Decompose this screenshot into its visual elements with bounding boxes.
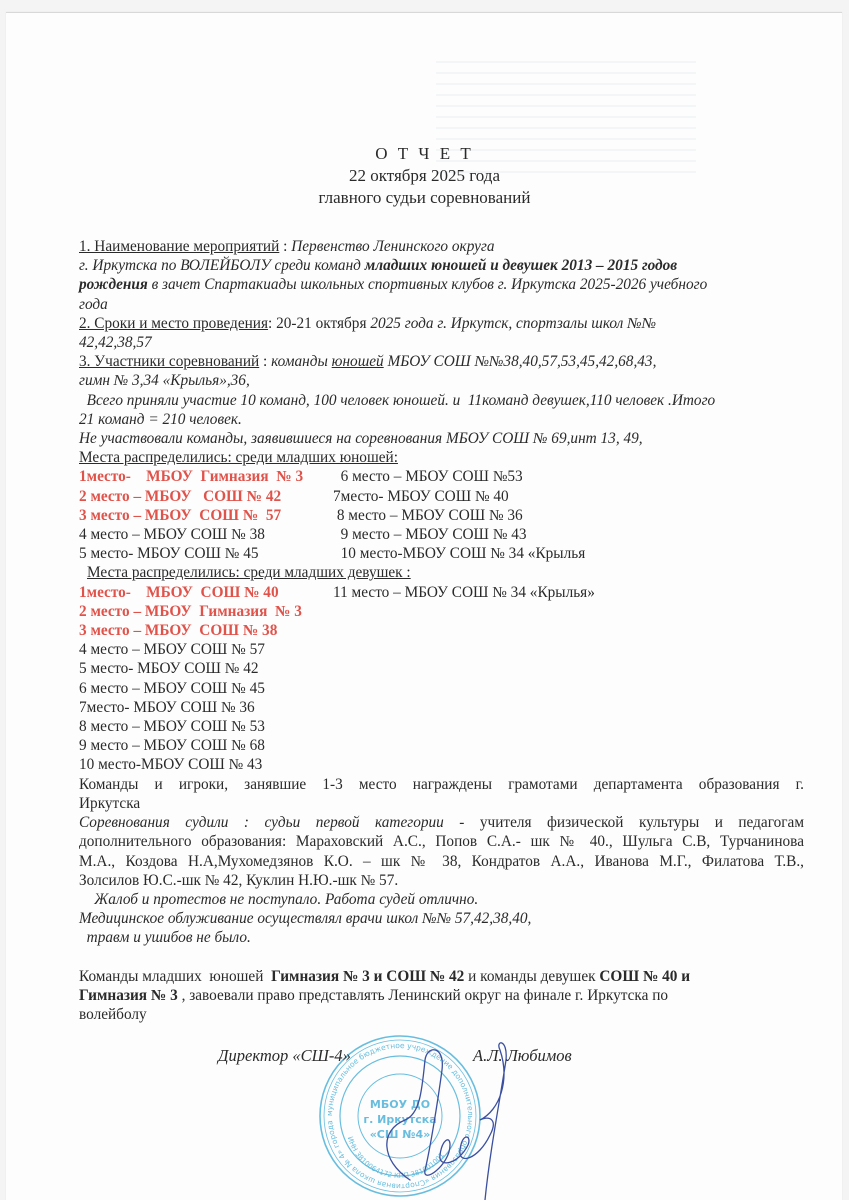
girls-result-row: 6 место – МБОУ СОШ № 45: [79, 679, 804, 698]
section-3-line-2: гимн № 3,34 «Крылья»,36,: [79, 371, 804, 390]
boys-result-row: 1место- МБОУ Гимназия № 3 6 место – МБОУ…: [79, 467, 804, 486]
girls-results-table: 1место- МБОУ СОШ № 4011 место – МБОУ СОШ…: [79, 583, 804, 775]
girls-results-heading: Места распределились: среди младших деву…: [87, 564, 411, 581]
girls-results-heading-line: Места распределились: среди младших деву…: [79, 563, 804, 582]
event-venue: 2025 года г. Иркутск, спортзалы школ №№: [370, 315, 656, 332]
event-category: младших юношей и девушек 2013 – 2015 год…: [365, 257, 677, 274]
boys-place-right: 9 место – МБОУ СОШ № 43: [333, 525, 527, 544]
section-1-line-3: рождения в зачет Спартакиады школьных сп…: [79, 275, 804, 294]
girls-result-row: 5 место- МБОУ СОШ № 42: [79, 659, 804, 678]
boys-results-table: 1место- МБОУ Гимназия № 3 6 место – МБОУ…: [79, 467, 804, 563]
absent-teams: Не участвовали команды, заявившиеся на с…: [79, 429, 804, 448]
girls-result-row: 3 место – МБОУ СОШ № 38: [79, 621, 804, 640]
participants-total: Всего приняли участие 10 команд, 100 чел…: [79, 391, 804, 410]
report-date: 22 октября 2025 года: [0, 165, 849, 187]
boys-place-right: 7место- МБОУ СОШ № 40: [333, 487, 509, 506]
girls-place: 3 место – МБОУ СОШ № 38: [79, 621, 333, 640]
report-title: О Т Ч Е Т: [0, 143, 849, 165]
boys-result-row: 5 место- МБОУ СОШ № 45 10 место-МБОУ СОШ…: [79, 544, 804, 563]
girls-place-11: 11 место – МБОУ СОШ № 34 «Крылья»: [333, 583, 595, 602]
medical-note: Медицинское облуживание осуществлял врач…: [79, 909, 804, 928]
event-name: Первенство Ленинского округа: [291, 238, 494, 255]
signature-block: Директор «СШ-4» А.Л. Любимов: [218, 1046, 351, 1066]
judges-line-2: дополнительного образования: Мараховский…: [79, 832, 804, 851]
awards-line-1: Команды и игроки, занявшие 1-3 место наг…: [79, 775, 804, 794]
boys-results-heading: Места распределились: среди младших юнош…: [79, 448, 804, 467]
girls-result-row: 10 место-МБОУ СОШ № 43: [79, 755, 804, 774]
section-1-line-4: года: [79, 295, 804, 314]
section-2-label: 2. Сроки и место проведения: [79, 315, 268, 332]
girls-place: 9 место – МБОУ СОШ № 68: [79, 736, 333, 755]
girls-result-row: 8 место – МБОУ СОШ № 53: [79, 717, 804, 736]
section-3-line-1: 3. Участники соревнований : команды юнош…: [79, 352, 804, 371]
girls-result-row: 1место- МБОУ СОШ № 4011 место – МБОУ СОШ…: [79, 583, 804, 602]
section-1-line-1: 1. Наименование мероприятий : Первенство…: [79, 237, 804, 256]
complaints-note: Жалоб и протестов не поступало. Работа с…: [79, 890, 804, 909]
section-2-line-2: 42,42,38,57: [79, 333, 804, 352]
girls-place: 7место- МБОУ СОШ № 36: [79, 698, 333, 717]
boys-place-right: 6 место – МБОУ СОШ №53: [333, 467, 523, 486]
handwritten-signature: [350, 1040, 520, 1200]
boys-place-left: 2 место – МБОУ СОШ № 42: [79, 487, 333, 506]
girls-place: 1место- МБОУ СОШ № 40: [79, 583, 333, 602]
boys-place-left: 5 место- МБОУ СОШ № 45: [79, 544, 333, 563]
section-3-label: 3. Участники соревнований: [79, 353, 259, 370]
report-body: 1. Наименование мероприятий : Первенство…: [79, 237, 804, 1024]
conclusion-line-2: Гимназия № 3 , завоевали право представл…: [79, 986, 804, 1005]
judges-line-4: Золсилов Ю.С.-шк № 42, Куклин Н.Ю.-шк № …: [79, 871, 804, 890]
participants-sum: 21 команд = 210 человек.: [79, 410, 804, 429]
girls-place: 2 место – МБОУ Гимназия № 3: [79, 602, 333, 621]
girls-place: 10 место-МБОУ СОШ № 43: [79, 755, 333, 774]
report-subtitle: главного судьи соревнований: [0, 187, 849, 209]
girls-result-row: 9 место – МБОУ СОШ № 68: [79, 736, 804, 755]
judges-line-3: М.А., Коздова Н.А,Мухомедзянов К.О. – шк…: [79, 852, 804, 871]
section-1-line-2: г. Иркутска по ВОЛЕЙБОЛУ среди команд мл…: [79, 256, 804, 275]
boys-place-right: 8 место – МБОУ СОШ № 36: [333, 506, 523, 525]
girls-place: 8 место – МБОУ СОШ № 53: [79, 717, 333, 736]
awards-line-2: Иркутска: [79, 794, 804, 813]
boys-place-right: 10 место-МБОУ СОШ № 34 «Крылья: [333, 544, 585, 563]
injuries-note: травм и ушибов не было.: [79, 928, 804, 947]
conclusion-line-3: волейболу: [79, 1005, 804, 1024]
boys-place-left: 1место- МБОУ Гимназия № 3: [79, 467, 333, 486]
girls-result-row: 7место- МБОУ СОШ № 36: [79, 698, 804, 717]
girls-place: 5 место- МБОУ СОШ № 42: [79, 659, 333, 678]
report-header: О Т Ч Е Т 22 октября 2025 года главного …: [0, 143, 849, 209]
girls-place: 6 место – МБОУ СОШ № 45: [79, 679, 333, 698]
girls-result-row: 2 место – МБОУ Гимназия № 3: [79, 602, 804, 621]
girls-result-row: 4 место – МБОУ СОШ № 57: [79, 640, 804, 659]
boys-result-row: 3 место – МБОУ СОШ № 57 8 место – МБОУ С…: [79, 506, 804, 525]
section-2-line-1: 2. Сроки и место проведения: 20-21 октяб…: [79, 314, 804, 333]
section-1-label: 1. Наименование мероприятий: [79, 238, 279, 255]
event-dates: 20-21 октября: [276, 315, 370, 332]
judges-line-1: Соревнования судили : судьи первой катег…: [79, 813, 804, 832]
boys-result-row: 2 место – МБОУ СОШ № 427место- МБОУ СОШ …: [79, 487, 804, 506]
boys-place-left: 3 место – МБОУ СОШ № 57: [79, 506, 333, 525]
girls-place: 4 место – МБОУ СОШ № 57: [79, 640, 333, 659]
boys-place-left: 4 место – МБОУ СОШ № 38: [79, 525, 333, 544]
conclusion-line-1: Команды младших юношей Гимназия № 3 и СО…: [79, 967, 804, 986]
director-title: Директор «СШ-4»: [218, 1046, 351, 1065]
boys-result-row: 4 место – МБОУ СОШ № 38 9 место – МБОУ С…: [79, 525, 804, 544]
